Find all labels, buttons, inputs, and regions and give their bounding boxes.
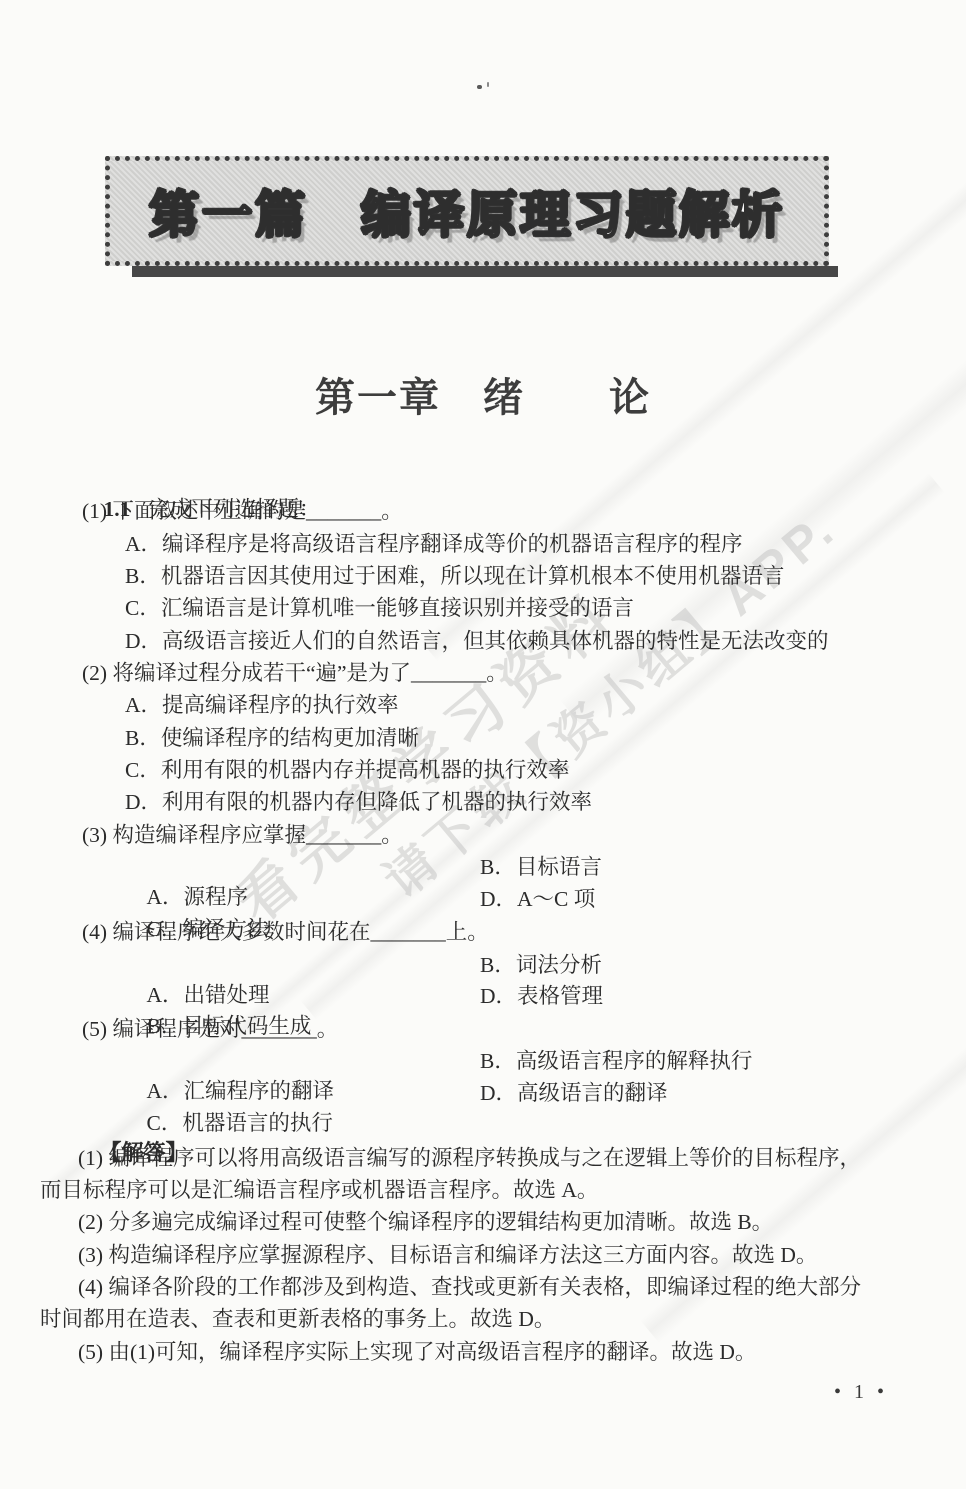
option-d: D．表格管理 <box>480 981 603 1011</box>
solution-heading: 【解答】 <box>0 1108 966 1141</box>
question-stem: (2) 将编译过程分成若干“遍”是为了_______。 <box>0 658 966 691</box>
option-row: A．源程序 B．目标语言 <box>0 852 966 885</box>
option-a: A．编译程序是将高级语言程序翻译成等价的机器语言程序的程序 <box>0 529 966 562</box>
question-stem: (5) 编译程序是对_______。 <box>0 1014 966 1047</box>
solution-line: 而目标程序可以是汇编语言程序或机器语言程序。故选 A。 <box>0 1175 966 1208</box>
solution-line: (5) 由(1)可知，编译程序实际上实现了对高级语言程序的翻译。故选 D。 <box>0 1337 966 1370</box>
option-row: A．汇编程序的翻译 B．高级语言程序的解释执行 <box>0 1046 966 1079</box>
option-a: A．提高编译程序的执行效率 <box>0 690 966 723</box>
document-page: 看完整学习资料 请下载【资小组】APP. 第一篇 编译原理习题解析 第一章 绪 … <box>0 0 966 1489</box>
option-c: C．汇编语言是计算机唯一能够直接识别并接受的语言 <box>0 593 966 626</box>
option-b: B．使编译程序的结构更加清晰 <box>0 723 966 756</box>
option-b: B．高级语言程序的解释执行 <box>480 1046 752 1076</box>
option-row: A．出错处理 B．词法分析 <box>0 950 966 983</box>
solution-line: (3) 构造编译程序应掌握源程序、目标语言和编译方法这三方面内容。故选 D。 <box>0 1240 966 1273</box>
part-title: 第一篇 编译原理习题解析 <box>149 175 785 247</box>
option-row: C．机器语言的执行 D．高级语言的翻译 <box>0 1078 966 1111</box>
solution-line: (4) 编译各阶段的工作都涉及到构造、查找或更新有关表格，即编译过程的绝大部分 <box>0 1272 966 1305</box>
question-stem: (1) 下面叙述中正确的是_______。 <box>0 496 966 529</box>
option-d: D．利用有限的机器内存但降低了机器的执行效率 <box>0 787 966 820</box>
chapter-title: 第一章 绪 论 <box>0 366 966 423</box>
option-b: B．词法分析 <box>480 950 602 980</box>
option-c: C．利用有限的机器内存并提高机器的执行效率 <box>0 755 966 788</box>
page-number: • 1 • <box>834 1381 888 1404</box>
solution-line: 时间都用在造表、查表和更新表格的事务上。故选 D。 <box>0 1304 966 1337</box>
solution-line: (1) 编译程序可以将用高级语言编写的源程序转换成与之在逻辑上等价的目标程序， <box>0 1143 966 1176</box>
option-b: B．机器语言因其使用过于困难，所以现在计算机根本不使用机器语言 <box>0 561 966 594</box>
question-stem: (4) 编译程序绝大多数时间花在_______上。 <box>0 917 966 950</box>
solution-line: (2) 分多遍完成编译过程可使整个编译程序的逻辑结构更加清晰。故选 B。 <box>0 1207 966 1240</box>
option-d: D．A～C 项 <box>480 884 595 914</box>
question-stem: (3) 构造编译程序应掌握_______。 <box>0 820 966 853</box>
option-row: C．编译方法 D．A～C 项 <box>0 884 966 917</box>
part-title-banner: 第一篇 编译原理习题解析 <box>105 156 829 266</box>
option-d: D．高级语言接近人们的自然语言，但其依赖具体机器的特性是无法改变的 <box>0 626 966 659</box>
option-row: B．目标代码生成 D．表格管理 <box>0 981 966 1014</box>
exercise-header: 1.1完成下列选择题： <box>0 464 966 497</box>
scan-speck <box>487 82 489 87</box>
option-b: B．目标语言 <box>480 852 602 882</box>
scan-speck <box>477 85 482 89</box>
option-d: D．高级语言的翻译 <box>480 1078 668 1108</box>
